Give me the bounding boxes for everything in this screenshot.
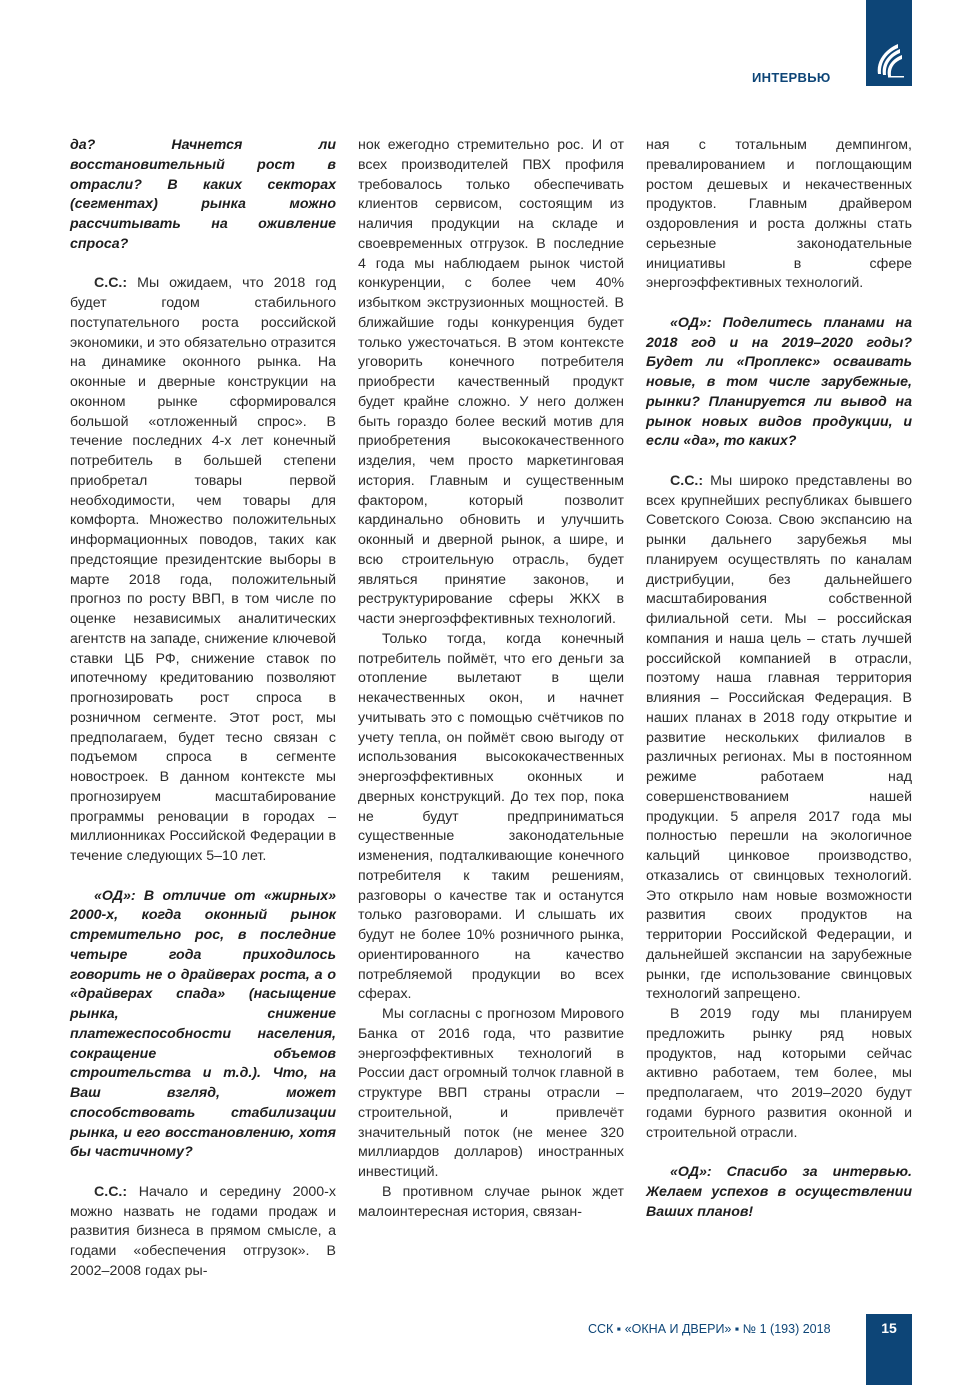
interview-answer: С.С.: Начало и середину 2000-х можно наз… xyxy=(70,1183,336,1282)
magazine-logo xyxy=(866,0,912,86)
section-label: ИНТЕРВЬЮ xyxy=(752,70,831,85)
answer-text: Мы ожидаем, что 2018 год будет годом ста… xyxy=(70,275,336,864)
answer-text: Мы широко представлены во всех крупнейши… xyxy=(646,473,912,1003)
answer-paragraph: В противном случае рынок ждет малоинтере… xyxy=(358,1183,624,1223)
interview-answer: С.С.: Мы ожидаем, что 2018 год будет год… xyxy=(70,274,336,867)
article-column-1: да? Начнется ли восстановительный рост в… xyxy=(70,136,336,1282)
publication-footer: ССК ▪ «ОКНА И ДВЕРИ» ▪ № 1 (193) 2018 xyxy=(588,1322,831,1336)
page-number: 15 xyxy=(866,1320,912,1336)
answer-paragraph: В 2019 году мы планируем предложить рынк… xyxy=(646,1005,912,1143)
answer-paragraph: ная с тотальным демпингом, превалировани… xyxy=(646,136,912,294)
interview-answer: С.С.: Мы широко представлены во всех кру… xyxy=(646,472,912,1005)
page-number-block: 15 xyxy=(866,1314,912,1385)
article-column-2: нок ежегодно стремительно рос. И от всех… xyxy=(358,136,624,1222)
article-column-3: ная с тотальным демпингом, превалировани… xyxy=(646,136,912,1222)
speaker-label: С.С.: xyxy=(670,473,703,489)
speaker-label: С.С.: xyxy=(94,275,127,291)
interview-question: да? Начнется ли восстановительный рост в… xyxy=(70,136,336,255)
interview-question: «ОД»: В отличие от «жирных» 2000-х, когд… xyxy=(70,887,336,1164)
interview-question: «ОД»: Поделитесь планами на 2018 год и н… xyxy=(646,314,912,452)
speaker-label: С.С.: xyxy=(94,1184,127,1200)
closing-remark: «ОД»: Спасибо за интервью. Желаем успехо… xyxy=(646,1163,912,1222)
answer-paragraph: нок ежегодно стремительно рос. И от всех… xyxy=(358,136,624,630)
answer-paragraph: Только тогда, когда конечный потребитель… xyxy=(358,630,624,1005)
answer-paragraph: Мы согласны с прогнозом Мирового Банка о… xyxy=(358,1005,624,1183)
magazine-logo-icon xyxy=(872,36,906,80)
